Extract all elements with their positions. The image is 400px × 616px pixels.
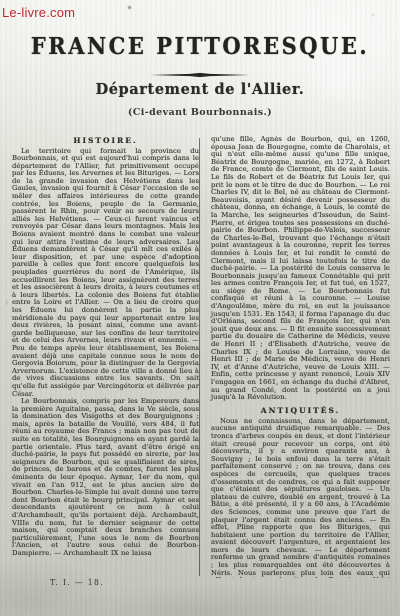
text-columns: HISTOIRE. Le territoire qui formait la p… <box>12 136 390 578</box>
histoire-continuation-paragraph: qu'une fille, Agnès de Bourbon, qui, en … <box>211 136 390 402</box>
left-column: HISTOIRE. Le territoire qui formait la p… <box>12 136 204 578</box>
column-divider-rule <box>199 138 200 576</box>
antiquites-paragraph-1: Nous ne connaissons, dans le département… <box>211 418 390 578</box>
histoire-paragraph-2: Le Bourbonnais, compris par les Empereur… <box>12 398 199 557</box>
histoire-heading: HISTOIRE. <box>12 136 199 145</box>
scanned-page: Le-livre.com FRANCE PITTORESQUE. Départe… <box>0 0 400 616</box>
article-title: Département de l'Allier. <box>0 81 400 98</box>
ink-speck <box>372 14 374 16</box>
antiquites-heading: ANTIQUITÉS. <box>211 406 390 415</box>
histoire-paragraph-1: Le territoire qui formait la province du… <box>12 148 199 399</box>
ink-speck <box>6 300 8 305</box>
ink-speck <box>128 6 131 9</box>
swelled-rule-icon <box>150 71 250 79</box>
watermark-text: Le-livre.com <box>2 5 75 20</box>
signature-mark: T. I. — 18. <box>50 578 104 587</box>
article-subtitle: (Ci-devant Bourbonnais.) <box>0 107 400 118</box>
masthead-title: FRANCE PITTORESQUE. <box>0 32 400 60</box>
right-column: qu'une fille, Agnès de Bourbon, qui, en … <box>204 136 390 578</box>
